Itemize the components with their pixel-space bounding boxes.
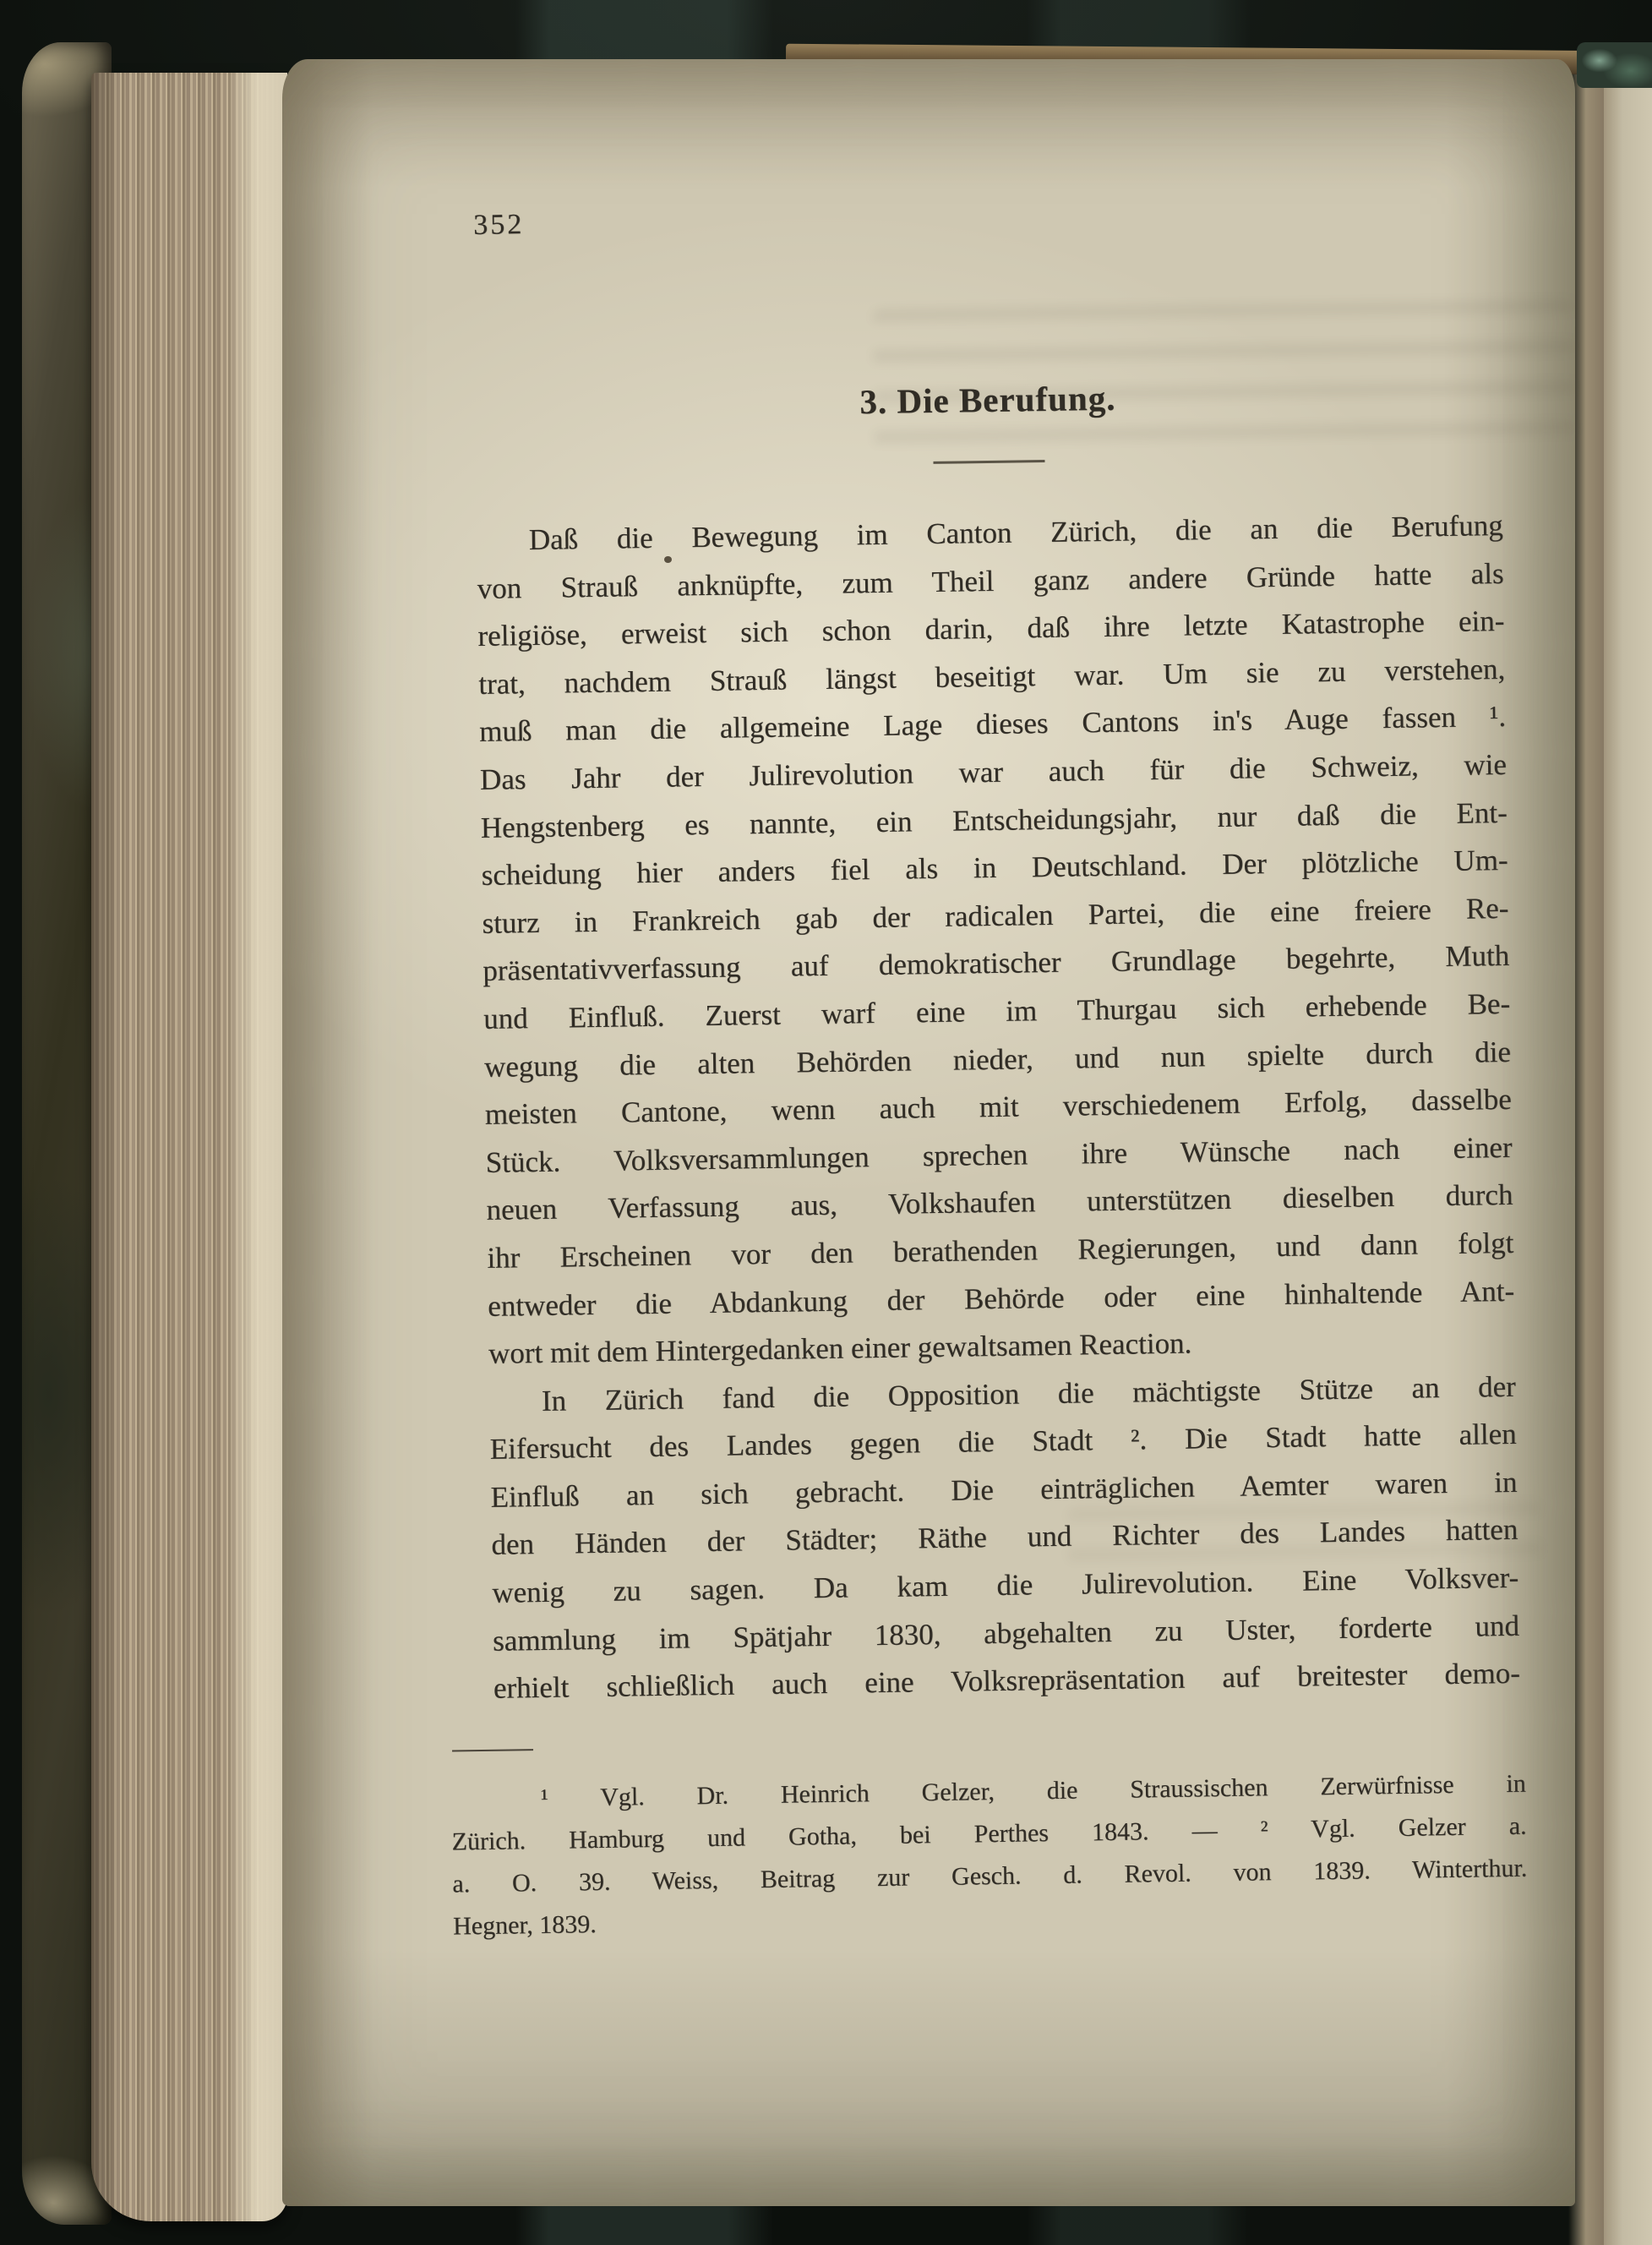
page-number: 352 [473, 209, 525, 242]
page-text-layer: 352 3. Die Berufung. Daß die Bewegung im… [472, 194, 1526, 2111]
page-stack-fore-edge [91, 73, 287, 2221]
facing-page-edge [1604, 78, 1652, 2245]
cover-corner-marble [1577, 42, 1652, 88]
heading-divider [933, 460, 1044, 464]
footnote: ¹ Vgl. Dr. Heinrich Gelzer, die Straussi… [451, 1763, 1529, 1948]
section-heading: 3. Die Berufung. [474, 372, 1502, 428]
body-text: Daß die Bewegung im Canton Zürich, die a… [476, 502, 1520, 1713]
